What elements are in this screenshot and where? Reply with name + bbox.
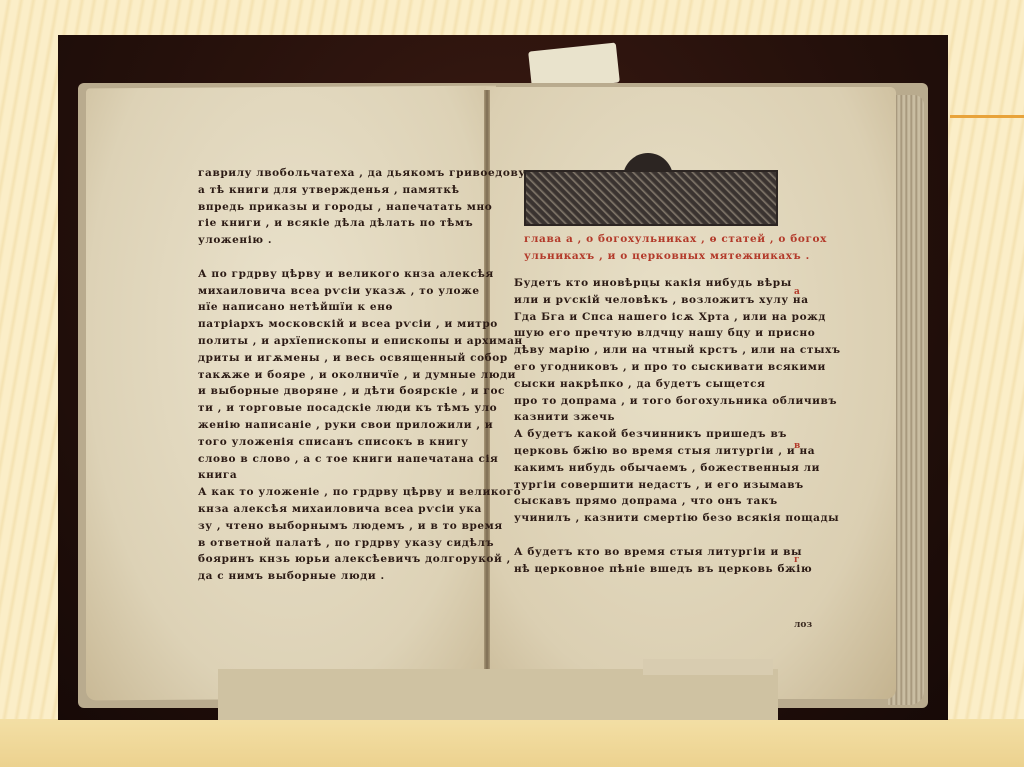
slide-bottom-band [0,719,1024,767]
accent-line [950,115,1024,118]
margin-mark: а [794,287,800,297]
paper-slip-top [643,659,773,675]
right-page-text: Будетъ кто иновѣрцы какія нибудь вѣры ил… [514,275,841,577]
margin-mark: г [794,555,800,565]
book-photo: гаврилу лвобольчатеха , да дьякомъ гриво… [58,35,948,720]
margin-mark: в [794,441,800,451]
margin-mark: лоз [794,620,812,630]
paper-slip [218,669,778,720]
headpiece-ornament [524,170,778,226]
left-page-text: гаврилу лвобольчатеха , да дьякомъ гриво… [198,165,526,585]
chapter-heading: глава а , о богохульниках , ѳ статей , о… [524,231,827,265]
